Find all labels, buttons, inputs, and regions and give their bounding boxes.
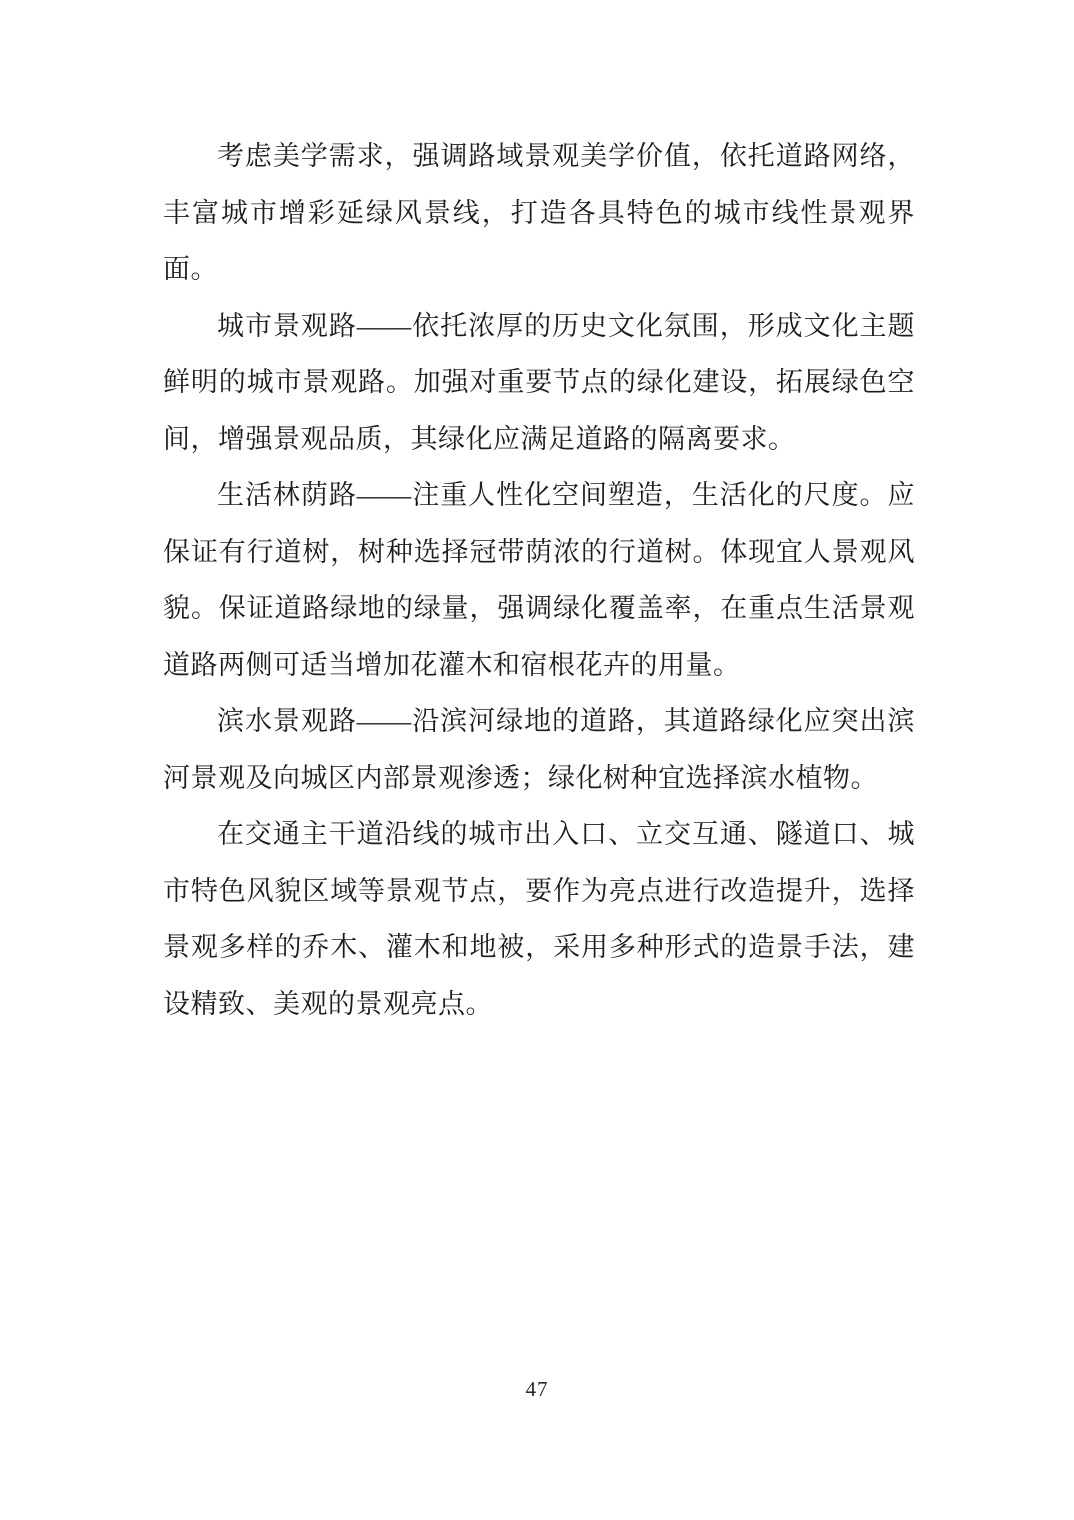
paragraph-city-landscape-road: 城市景观路——依托浓厚的历史文化氛围，形成文化主题鲜明的城市景观路。加强对重要节… [163,298,915,468]
document-page: 考虑美学需求，强调路域景观美学价值，依托道路网络，丰富城市增彩延绿风景线，打造各… [0,0,1074,1520]
document-body: 考虑美学需求，强调路域景观美学价值，依托道路网络，丰富城市增彩延绿风景线，打造各… [163,128,915,1032]
paragraph-landscape-nodes: 在交通主干道沿线的城市出入口、立交互通、隧道口、城市特色风貌区域等景观节点，要作… [163,806,915,1032]
paragraph-waterfront-landscape-road: 滨水景观路——沿滨河绿地的道路，其道路绿化应突出滨河景观及向城区内部景观渗透；绿… [163,693,915,806]
paragraph-aesthetic-needs: 考虑美学需求，强调路域景观美学价值，依托道路网络，丰富城市增彩延绿风景线，打造各… [163,128,915,298]
page-number: 47 [0,1376,1074,1402]
paragraph-living-boulevard: 生活林荫路——注重人性化空间塑造，生活化的尺度。应保证有行道树，树种选择冠带荫浓… [163,467,915,693]
